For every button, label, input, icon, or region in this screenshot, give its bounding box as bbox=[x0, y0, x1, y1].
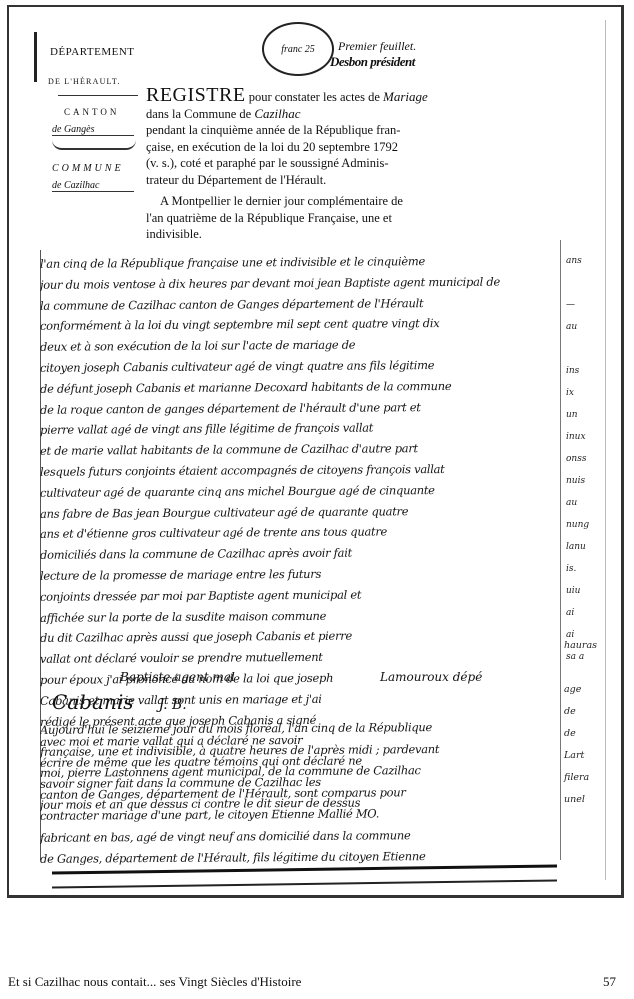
registre-text: A Montpellier le dernier jour complément… bbox=[146, 193, 506, 210]
handwritten-line: de bbox=[564, 701, 604, 723]
handwritten-line: nuis bbox=[566, 470, 606, 492]
signature-desbon: Desbon président bbox=[330, 54, 415, 70]
departement-name: DE L'HÉRAULT. bbox=[48, 77, 121, 86]
right-margin-notes-lower: hauras agededeLartfileraunel bbox=[564, 635, 604, 811]
handwritten-act-2: Aujourd'hui le seizième jour du mois flo… bbox=[40, 718, 560, 869]
divider bbox=[58, 95, 138, 96]
registre-title: REGISTRE bbox=[146, 84, 246, 106]
registre-text: (v. s.), coté et paraphé par le soussign… bbox=[146, 155, 506, 172]
handwritten-line bbox=[566, 272, 606, 294]
registre-text: pendant la cinquième année de la Républi… bbox=[146, 122, 506, 139]
handwritten-line: onss bbox=[566, 448, 606, 470]
registre-text: çaise, en exécution de la loi du 20 sept… bbox=[146, 139, 506, 156]
signature-row: Cabanis J. B. bbox=[40, 690, 560, 714]
handwritten-line: — bbox=[566, 294, 606, 316]
right-margin-line bbox=[560, 240, 561, 860]
page-number: 57 bbox=[603, 974, 616, 990]
brace-ornament bbox=[52, 140, 136, 150]
departement-label: DÉPARTEMENT bbox=[50, 46, 135, 58]
premier-feuillet-label: Premier feuillet. bbox=[338, 39, 416, 54]
signature-mark: J. B. bbox=[159, 697, 187, 713]
commune-value: de Cazilhac bbox=[52, 180, 134, 192]
handwritten-line: de bbox=[564, 723, 604, 745]
registre-text: indivisible. bbox=[146, 226, 506, 243]
canton-value: de Gangès bbox=[52, 124, 134, 136]
commune-label: COMMUNE bbox=[52, 163, 124, 174]
handwritten-line: filera bbox=[564, 767, 604, 789]
handwritten-line: ix bbox=[566, 382, 606, 404]
handwritten-line: unel bbox=[564, 789, 604, 811]
registre-text: trateur du Département de l'Hérault. bbox=[146, 172, 506, 189]
handwritten-line: cultivateur agé de quarante cinq ans mic… bbox=[40, 479, 560, 503]
signature-cabanis: Cabanis bbox=[52, 690, 134, 714]
handwritten-line: age bbox=[564, 679, 604, 701]
registre-text: pour constater les actes de bbox=[246, 90, 383, 104]
registre-heading: REGISTRE pour constater les actes de Mar… bbox=[146, 87, 506, 188]
handwritten-line bbox=[564, 657, 604, 679]
montpellier-paragraph: A Montpellier le dernier jour complément… bbox=[146, 193, 506, 243]
handwritten-line: uiu bbox=[566, 580, 606, 602]
handwritten-line: ai bbox=[566, 602, 606, 624]
margin-rule bbox=[34, 32, 37, 82]
handwritten-line: hauras bbox=[564, 635, 604, 657]
stamp-text: franc 25 bbox=[281, 44, 315, 55]
registre-text: dans la Commune de bbox=[146, 107, 254, 121]
handwritten-line: ins bbox=[566, 360, 606, 382]
handwritten-line: au bbox=[566, 316, 606, 338]
acte-type: Mariage bbox=[383, 89, 428, 104]
right-margin-notes: ans —au insixuninuxonssnuisaununglanuis.… bbox=[566, 250, 606, 668]
handwritten-line: ans bbox=[566, 250, 606, 272]
handwritten-line bbox=[566, 338, 606, 360]
canton-label: CANTON bbox=[64, 107, 119, 117]
commune-name: Cazilhac bbox=[254, 106, 300, 121]
handwritten-line: inux bbox=[566, 426, 606, 448]
handwritten-line: conjoints dressée par moi par Baptiste a… bbox=[40, 583, 560, 607]
handwritten-line: nung bbox=[566, 514, 606, 536]
handwritten-line: Lart bbox=[564, 745, 604, 767]
footer-title: Et si Cazilhac nous contait... ses Vingt… bbox=[8, 974, 301, 990]
handwritten-line: de défunt joseph Cabanis et marianne Dec… bbox=[40, 375, 560, 399]
handwritten-line: lanu bbox=[566, 536, 606, 558]
signature-agent: Baptiste agent mal bbox=[120, 670, 235, 684]
handwritten-line: contracter mariage d'une part, le citoye… bbox=[40, 802, 560, 827]
handwritten-line: un bbox=[566, 404, 606, 426]
handwritten-line: is. bbox=[566, 558, 606, 580]
handwritten-line: moi, pierre Lastonnens agent municipal, … bbox=[40, 759, 560, 784]
handwritten-line: Aujourd'hui le seizième jour du mois flo… bbox=[40, 716, 560, 741]
signature-lamouroux: Lamouroux dépé bbox=[380, 670, 482, 684]
registre-text: l'an quatrième de la République Français… bbox=[146, 210, 506, 227]
tax-stamp-icon: franc 25 bbox=[262, 22, 334, 76]
handwritten-line: au bbox=[566, 492, 606, 514]
